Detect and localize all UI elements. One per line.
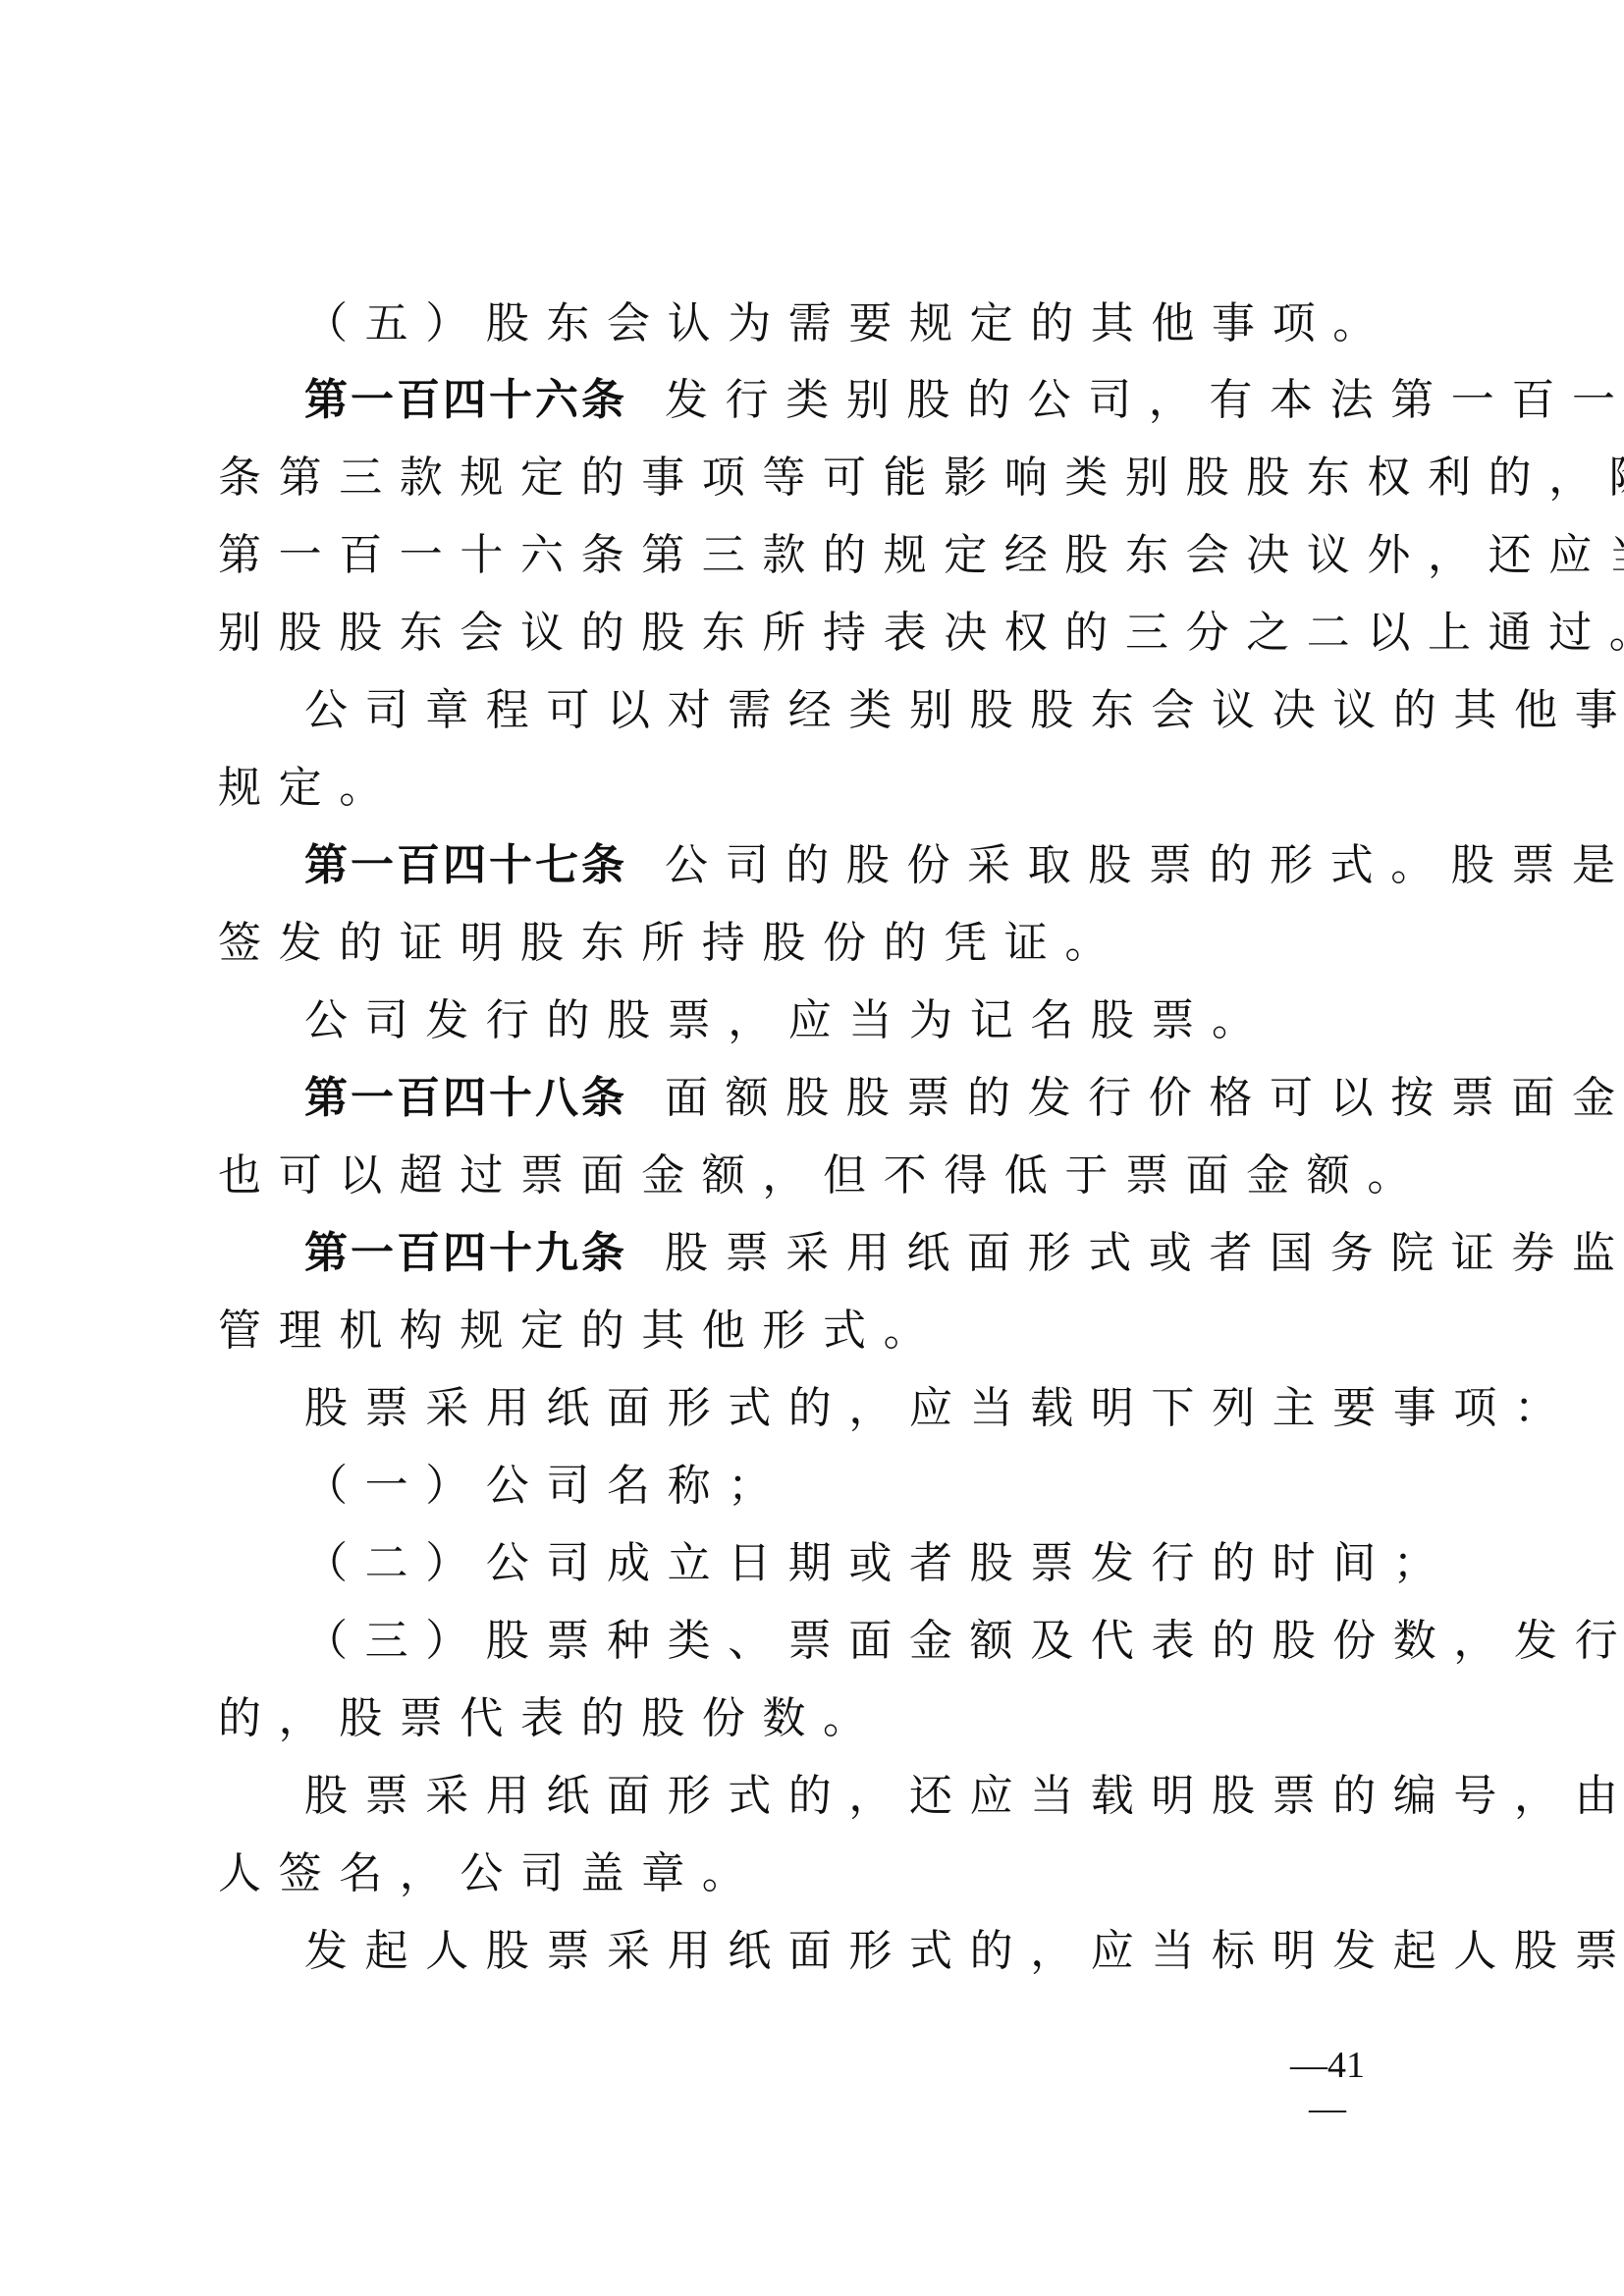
paragraph-line: 规定。 — [218, 754, 1435, 823]
document-page: （五）股东会认为需要规定的其他事项。 第一百四十六条发行类别股的公司，有本法第一… — [0, 0, 1624, 2296]
line-text: 公司章程可以对需经类别股股东会议决议的其他事项作出 — [304, 685, 1624, 735]
paragraph-line: 公司章程可以对需经类别股股东会议决议的其他事项作出 — [304, 676, 1435, 745]
paragraph-line: 股票采用纸面形式的，应当载明下列主要事项： — [304, 1374, 1435, 1443]
article-146-heading-line: 第一百四十六条发行类别股的公司，有本法第一百一十六 — [304, 366, 1435, 435]
line-text: 管理机构规定的其他形式。 — [218, 1306, 944, 1356]
list-item: （三）股票种类、票面金额及代表的股份数，发行无面额股 — [304, 1607, 1435, 1676]
paragraph-line: 管理机构规定的其他形式。 — [218, 1297, 1435, 1365]
line-text: 也可以超过票面金额，但不得低于票面金额。 — [218, 1150, 1428, 1201]
page-number: —41— — [1272, 2044, 1382, 2087]
paragraph-line: 公司发行的股票，应当为记名股票。 — [304, 987, 1435, 1055]
line-text: （二）公司成立日期或者股票发行的时间； — [304, 1538, 1453, 1588]
list-item: （二）公司成立日期或者股票发行的时间； — [304, 1529, 1435, 1598]
paragraph-line: （五）股东会认为需要规定的其他事项。 — [304, 290, 1522, 358]
line-text: 发行类别股的公司，有本法第一百一十六 — [665, 375, 1624, 425]
paragraph-line: 签发的证明股东所持股份的凭证。 — [218, 909, 1435, 978]
paragraph-line: 也可以超过票面金额，但不得低于票面金额。 — [218, 1142, 1435, 1210]
article-number: 第一百四十六条 — [304, 375, 627, 425]
line-text: 股票采用纸面形式的，还应当载明股票的编号，由法定代表 — [304, 1771, 1624, 1821]
article-147-heading-line: 第一百四十七条公司的股份采取股票的形式。股票是公司 — [304, 831, 1435, 900]
article-149-heading-line: 第一百四十九条股票采用纸面形式或者国务院证券监督 — [304, 1219, 1435, 1288]
paragraph-line: 别股股东会议的股东所持表决权的三分之二以上通过。 — [218, 599, 1435, 667]
paragraph-line: 的，股票代表的股份数。 — [218, 1684, 1435, 1753]
article-148-heading-line: 第一百四十八条面额股股票的发行价格可以按票面金额， — [304, 1064, 1435, 1133]
line-text: 条第三款规定的事项等可能影响类别股股东权利的，除应当依照 — [218, 453, 1624, 503]
article-number: 第一百四十八条 — [304, 1073, 627, 1123]
line-text: 公司的股份采取股票的形式。股票是公司 — [665, 840, 1624, 890]
line-text: 第一百一十六条第三款的规定经股东会决议外，还应当经出席类 — [218, 530, 1624, 580]
line-text: 面额股股票的发行价格可以按票面金额， — [665, 1073, 1624, 1123]
line-text: 股票采用纸面形式的，应当载明下列主要事项： — [304, 1383, 1575, 1433]
line-text: 的，股票代表的股份数。 — [218, 1693, 884, 1743]
line-text: 签发的证明股东所持股份的凭证。 — [218, 918, 1125, 968]
line-text: 人签名，公司盖章。 — [218, 1848, 762, 1898]
list-item: （一）公司名称； — [304, 1452, 1435, 1521]
line-text: 规定。 — [218, 763, 400, 813]
line-text: （三）股票种类、票面金额及代表的股份数，发行无面额股 — [304, 1616, 1624, 1666]
line-text: 股票采用纸面形式或者国务院证券监督 — [665, 1228, 1624, 1278]
paragraph-line: 发起人股票采用纸面形式的，应当标明发起人股票字样。 — [304, 1917, 1435, 1986]
line-text: 公司发行的股票，应当为记名股票。 — [304, 995, 1272, 1045]
line-text: 发起人股票采用纸面形式的，应当标明发起人股票字样。 — [304, 1926, 1624, 1976]
line-text: 别股股东会议的股东所持表决权的三分之二以上通过。 — [218, 608, 1624, 658]
article-number: 第一百四十九条 — [304, 1228, 627, 1278]
paragraph-line: 股票采用纸面形式的，还应当载明股票的编号，由法定代表 — [304, 1762, 1435, 1831]
line-text: （一）公司名称； — [304, 1461, 788, 1511]
paragraph-line: 第一百一十六条第三款的规定经股东会决议外，还应当经出席类 — [218, 521, 1435, 590]
paragraph-line: 条第三款规定的事项等可能影响类别股股东权利的，除应当依照 — [218, 444, 1435, 512]
line-text: （五）股东会认为需要规定的其他事项。 — [304, 298, 1393, 348]
paragraph-line: 人签名，公司盖章。 — [218, 1840, 1435, 1908]
article-number: 第一百四十七条 — [304, 840, 627, 890]
